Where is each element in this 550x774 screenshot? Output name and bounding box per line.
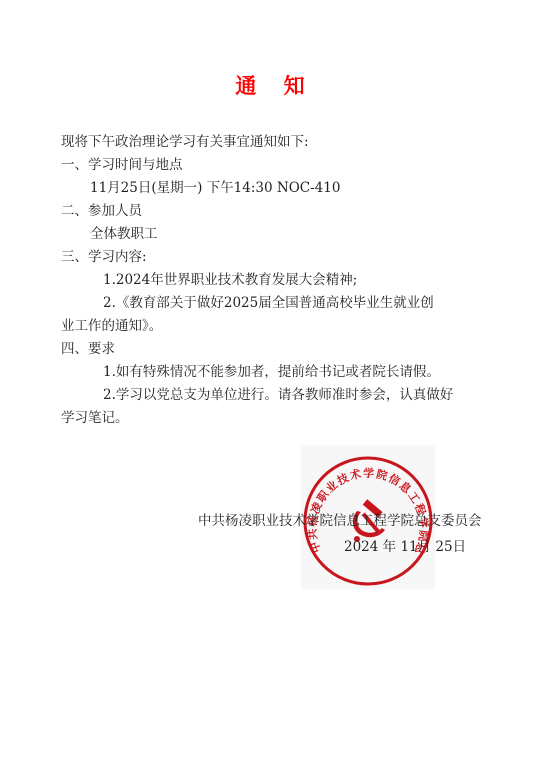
- signature-org: 中共杨凌职业技术学院信息工程学院总支委员会: [198, 509, 482, 529]
- section-heading-4: 四、要求: [61, 341, 115, 357]
- section-4-item-2-cont: 学习笔记。: [61, 410, 129, 426]
- section-3-item-2: 2.《教育部关于做好2025届全国普通高校毕业生就业创: [103, 295, 434, 311]
- intro-text: 现将下午政治理论学习有关事宜通知如下:: [61, 134, 309, 150]
- section-4-item-2: 2.学习以党总支为单位进行。请各教师准时参会，认真做好: [103, 387, 453, 403]
- section-3-item-1: 1.2024年世界职业技术教育发展大会精神;: [103, 272, 357, 288]
- section-heading-2: 二、参加人员: [61, 203, 142, 219]
- section-1-item-1: 11月25日(星期一) 下午14:30 NOC-410: [90, 180, 340, 196]
- section-3-item-2-cont: 业工作的通知》。: [61, 318, 162, 334]
- section-4-item-1: 1.如有特殊情况不能参加者，提前给书记或者院长请假。: [103, 364, 440, 380]
- signature-date: 2024 年 11月 25日: [344, 535, 466, 555]
- section-heading-3: 三、学习内容:: [61, 249, 147, 265]
- notice-title: 通 知: [0, 70, 550, 100]
- section-2-item-1: 全体教职工: [90, 226, 158, 242]
- section-heading-1: 一、学习时间与地点: [61, 157, 183, 173]
